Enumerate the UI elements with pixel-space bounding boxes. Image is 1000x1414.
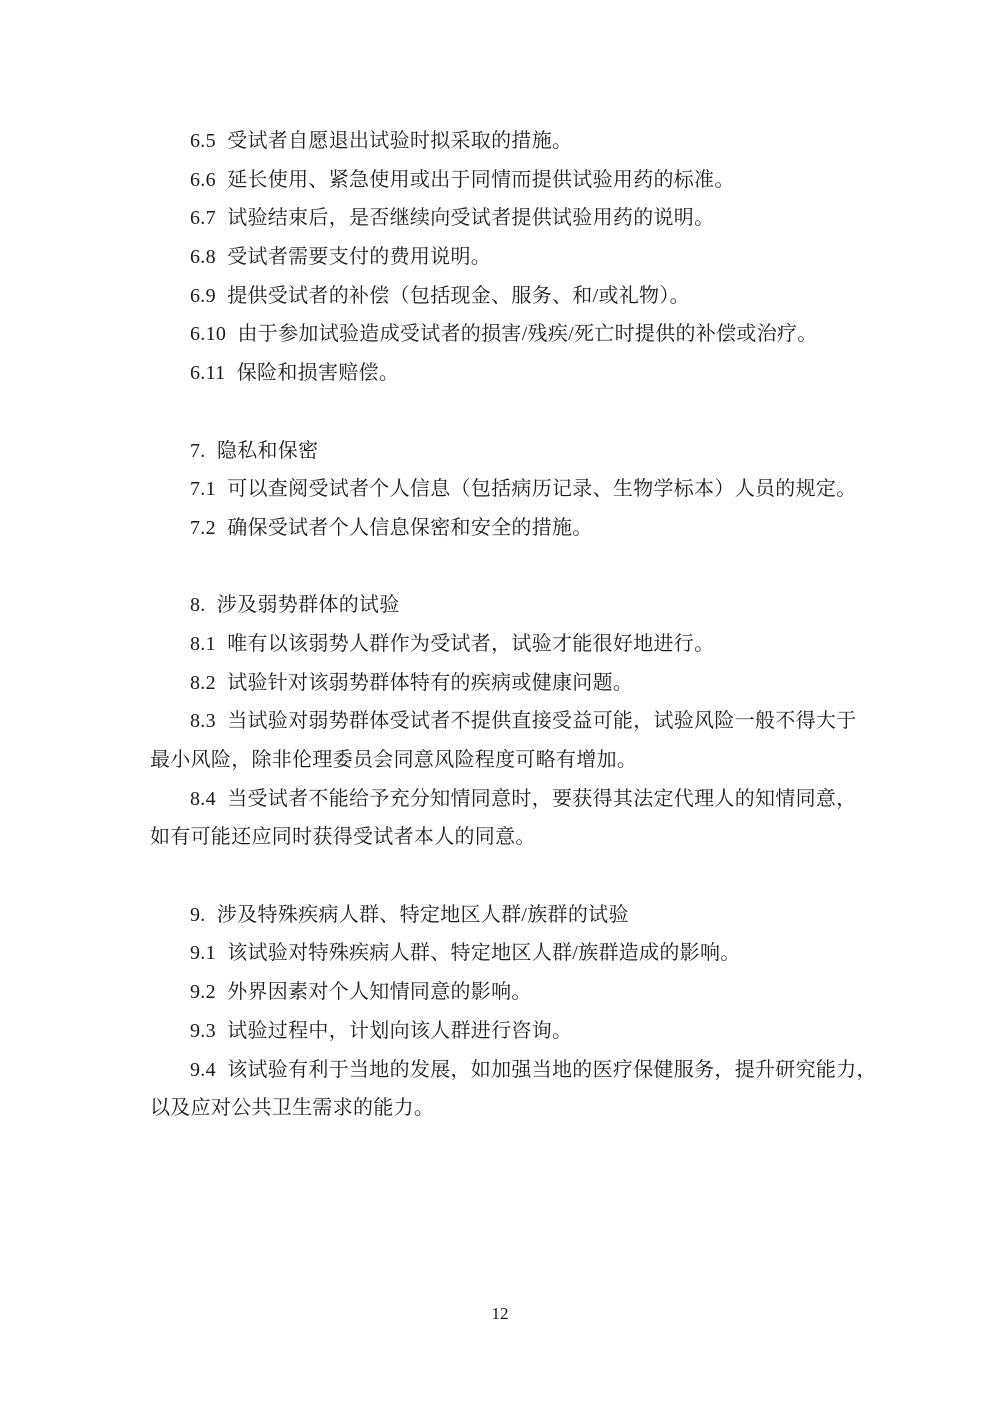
clause-6-6: 6.6 延长使用、紧急使用或出于同情而提供试验用药的标准。 (150, 161, 856, 200)
document-page: 6.5 受试者自愿退出试验时拟采取的措施。 6.6 延长使用、紧急使用或出于同情… (0, 0, 1000, 1414)
clause-9-4: 9.4 该试验有利于当地的发展，如加强当地的医疗保健服务，提升研究能力， (150, 1051, 856, 1090)
page-footer: 12 (0, 1302, 1000, 1326)
clause-8-2: 8.2 试验针对该弱势群体特有的疾病或健康问题。 (150, 664, 856, 703)
clause-6-9: 6.9 提供受试者的补偿（包括现金、服务、和/或礼物）。 (150, 277, 856, 316)
clause-7-2: 7.2 确保受试者个人信息保密和安全的措施。 (150, 509, 856, 548)
blank-line (150, 548, 856, 587)
clause-6-11: 6.11 保险和损害赔偿。 (150, 354, 856, 393)
clause-6-10: 6.10 由于参加试验造成受试者的损害/残疾/死亡时提供的补偿或治疗。 (150, 315, 856, 354)
section-7-heading: 7. 隐私和保密 (150, 432, 856, 471)
clause-6-7: 6.7 试验结束后，是否继续向受试者提供试验用药的说明。 (150, 199, 856, 238)
section-9-heading: 9. 涉及特殊疾病人群、特定地区人群/族群的试验 (150, 896, 856, 935)
clause-9-1: 9.1 该试验对特殊疾病人群、特定地区人群/族群造成的影响。 (150, 934, 856, 973)
blank-line (150, 857, 856, 896)
section-8-heading: 8. 涉及弱势群体的试验 (150, 586, 856, 625)
clause-8-3-continuation: 最小风险，除非伦理委员会同意风险程度可略有增加。 (150, 741, 856, 780)
blank-line (150, 393, 856, 432)
clause-8-1: 8.1 唯有以该弱势人群作为受试者，试验才能很好地进行。 (150, 625, 856, 664)
clause-9-2: 9.2 外界因素对个人知情同意的影响。 (150, 973, 856, 1012)
clause-7-1: 7.1 可以查阅受试者个人信息（包括病历记录、生物学标本）人员的规定。 (150, 470, 856, 509)
page-number: 12 (492, 1304, 509, 1323)
clause-8-3: 8.3 当试验对弱势群体受试者不提供直接受益可能，试验风险一般不得大于 (150, 702, 856, 741)
clause-9-3: 9.3 试验过程中，计划向该人群进行咨询。 (150, 1012, 856, 1051)
clause-8-4: 8.4 当受试者不能给予充分知情同意时，要获得其法定代理人的知情同意， (150, 780, 856, 819)
clause-6-8: 6.8 受试者需要支付的费用说明。 (150, 238, 856, 277)
clause-8-4-continuation: 如有可能还应同时获得受试者本人的同意。 (150, 818, 856, 857)
document-body: 6.5 受试者自愿退出试验时拟采取的措施。 6.6 延长使用、紧急使用或出于同情… (150, 122, 856, 1128)
clause-6-5: 6.5 受试者自愿退出试验时拟采取的措施。 (150, 122, 856, 161)
clause-9-4-continuation: 以及应对公共卫生需求的能力。 (150, 1089, 856, 1128)
